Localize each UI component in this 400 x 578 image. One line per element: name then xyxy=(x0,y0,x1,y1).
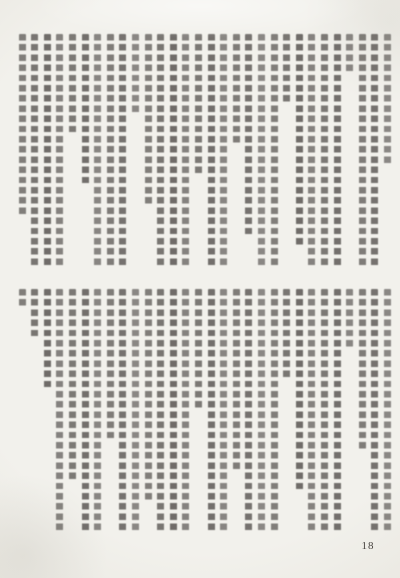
text-column xyxy=(56,34,63,266)
text-column xyxy=(157,34,164,266)
text-column xyxy=(195,34,202,174)
text-column xyxy=(384,289,391,531)
text-column xyxy=(94,34,101,266)
text-column xyxy=(107,34,114,266)
text-column xyxy=(182,34,189,266)
text-column xyxy=(19,34,26,215)
text-column xyxy=(220,34,227,266)
text-column xyxy=(283,34,290,102)
text-column xyxy=(334,34,341,266)
text-column xyxy=(245,34,252,235)
text-column xyxy=(258,289,265,531)
text-column xyxy=(346,34,353,72)
text-column xyxy=(94,289,101,531)
text-column xyxy=(56,289,63,531)
text-column xyxy=(170,34,177,266)
text-column xyxy=(359,34,366,266)
text-band-top xyxy=(10,34,391,272)
text-column xyxy=(371,34,378,266)
text-column xyxy=(31,34,38,266)
text-column xyxy=(132,34,139,113)
text-column xyxy=(182,289,189,531)
text-column xyxy=(44,34,51,266)
text-column xyxy=(157,289,164,531)
text-column xyxy=(44,289,51,388)
text-column xyxy=(308,34,315,266)
text-column xyxy=(258,34,265,266)
text-column xyxy=(69,34,76,133)
text-column xyxy=(170,289,177,531)
text-column xyxy=(296,289,303,490)
text-column xyxy=(296,34,303,245)
text-column xyxy=(119,289,126,531)
text-column xyxy=(69,289,76,480)
text-column xyxy=(308,289,315,531)
text-column xyxy=(271,289,278,531)
text-column xyxy=(371,289,378,531)
text-column xyxy=(208,289,215,531)
text-column xyxy=(119,34,126,266)
text-column xyxy=(82,34,89,184)
text-column xyxy=(132,289,139,531)
text-column xyxy=(271,34,278,266)
text-column xyxy=(19,289,26,306)
text-column xyxy=(31,289,38,337)
text-band-bottom xyxy=(10,289,391,537)
text-column xyxy=(359,289,366,449)
text-column xyxy=(321,34,328,266)
scanned-page: 18 xyxy=(0,0,400,578)
text-column xyxy=(145,289,152,500)
text-column xyxy=(82,289,89,531)
text-column xyxy=(220,289,227,531)
page-number: 18 xyxy=(356,540,380,552)
text-column xyxy=(107,289,114,439)
text-column xyxy=(195,289,202,408)
text-column xyxy=(346,289,353,347)
text-column xyxy=(321,289,328,531)
text-column xyxy=(245,289,252,531)
text-column xyxy=(233,34,240,143)
text-column xyxy=(334,289,341,531)
text-column xyxy=(145,34,152,204)
text-column xyxy=(208,34,215,266)
text-column xyxy=(233,289,240,470)
text-column xyxy=(283,289,290,378)
text-column xyxy=(384,34,391,164)
